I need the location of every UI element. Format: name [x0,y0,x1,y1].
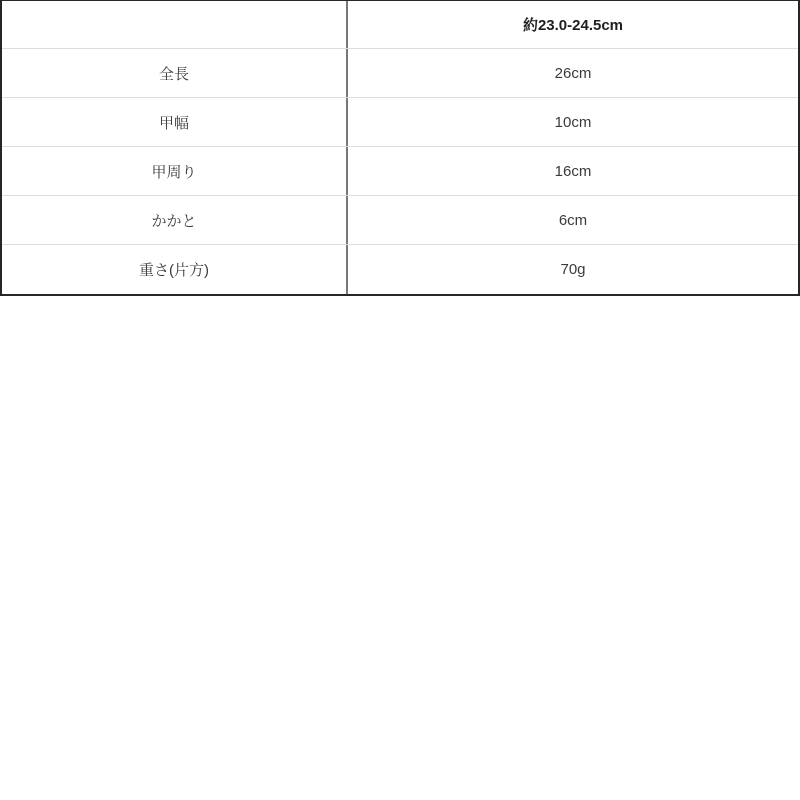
size-label-cell: 全長 [2,49,346,97]
size-value-cell: 10cm [346,98,798,146]
size-table-header-row: 約23.0-24.5cm [2,1,798,49]
size-table-header-value-cell: 約23.0-24.5cm [346,1,798,48]
size-table-header-label-cell [2,1,346,48]
size-value-cell: 26cm [346,49,798,97]
size-label-cell: かかと [2,196,346,244]
page: 約23.0-24.5cm 全長 26cm 甲幅 10cm 甲周り 16cm かか… [0,0,800,800]
table-row: かかと 6cm [2,196,798,245]
size-spec-table: 約23.0-24.5cm 全長 26cm 甲幅 10cm 甲周り 16cm かか… [0,0,800,296]
size-label-cell: 甲幅 [2,98,346,146]
size-value-cell: 16cm [346,147,798,195]
size-label-cell: 重さ(片方) [2,245,346,294]
size-value-cell: 70g [346,245,798,294]
table-row: 重さ(片方) 70g [2,245,798,294]
size-value-cell: 6cm [346,196,798,244]
table-row: 全長 26cm [2,49,798,98]
table-row: 甲周り 16cm [2,147,798,196]
size-label-cell: 甲周り [2,147,346,195]
table-row: 甲幅 10cm [2,98,798,147]
